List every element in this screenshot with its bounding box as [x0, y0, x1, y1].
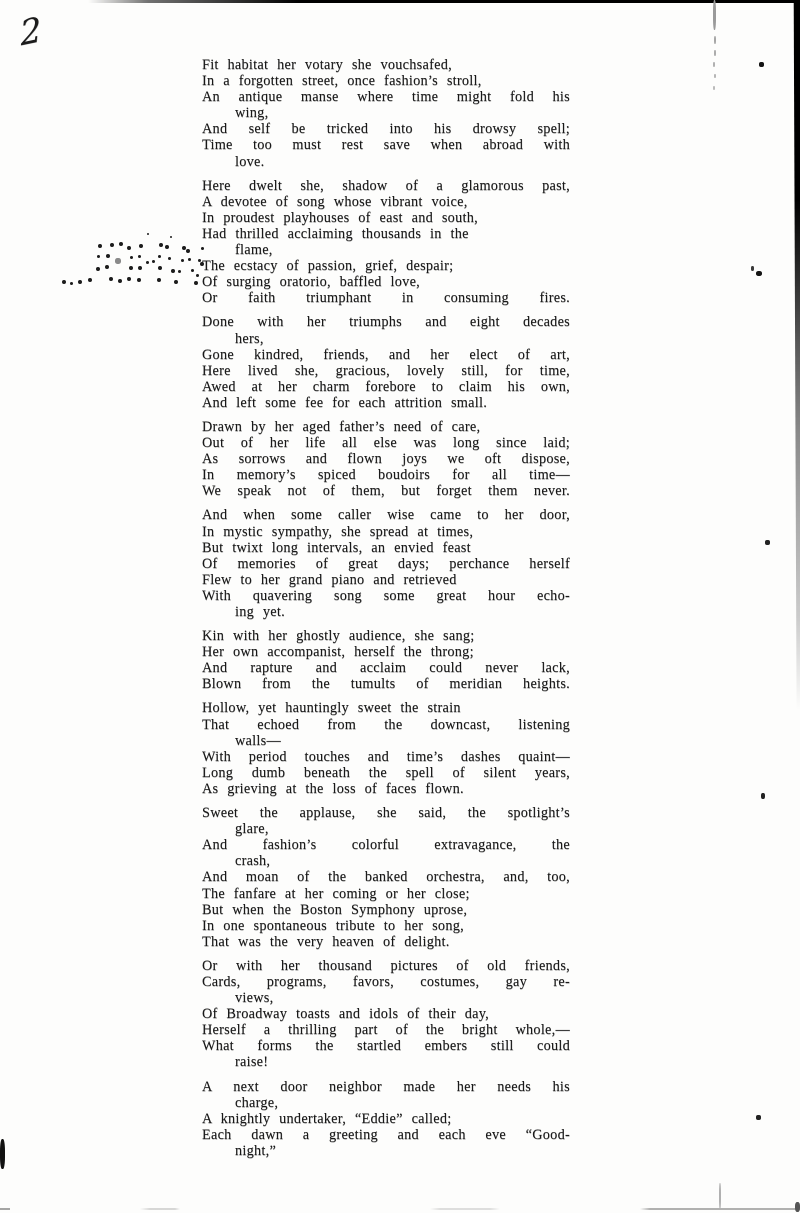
poem-line: Or faith triumphant in consuming fires. — [202, 290, 570, 306]
poem-line: Kin with her ghostly audience, she sang; — [202, 628, 570, 644]
poem-line: views, — [202, 990, 570, 1006]
poem-line: wing, — [202, 105, 570, 121]
poem-line: Or with her thousand pictures of old fri… — [202, 958, 570, 974]
perforation-dot — [97, 255, 100, 258]
poem-line: glare, — [202, 821, 570, 837]
poem-line: A knightly undertaker, “Eddie” called; — [202, 1111, 570, 1127]
poem-line: The ecstacy of passion, grief, despair; — [202, 258, 570, 274]
ink-speck — [713, 62, 715, 67]
poem-line: night,” — [202, 1143, 570, 1159]
perforation-dot — [130, 256, 133, 259]
ink-speck — [714, 74, 716, 78]
poem-line: Of surging oratorio, baffled love, — [202, 274, 570, 290]
perforation-dot — [158, 266, 162, 270]
ink-speck — [765, 540, 770, 545]
ink-speck — [714, 50, 716, 56]
perforation-dot — [119, 242, 123, 246]
poem-line: And self be tricked into his drowsy spel… — [202, 121, 570, 137]
perforation-dot — [138, 266, 142, 270]
poem-line: What forms the startled embers still cou… — [202, 1038, 570, 1054]
handwritten-page-number: 2 — [19, 10, 43, 55]
poem-line: walls— — [202, 733, 570, 749]
poem-line: In a forgotten street, once fashion’s st… — [202, 73, 570, 89]
perforation-dot — [129, 266, 133, 270]
poem-line: The fanfare at her coming or her close; — [202, 886, 570, 902]
stanza: Drawn by her aged father’s need of care,… — [202, 419, 570, 499]
perforation-dot — [78, 280, 82, 284]
poem-line: And moan of the banked orchestra, and, t… — [202, 869, 570, 885]
perforation-dot — [201, 247, 204, 250]
poem-line: In proudest playhouses of east and south… — [202, 210, 570, 226]
poem-line: flame, — [202, 242, 570, 258]
perforation-dot — [158, 255, 161, 258]
poem-line: Awed at her charm forebore to claim his … — [202, 379, 570, 395]
poem-line: As grieving at the loss of faces flown. — [202, 781, 570, 797]
perforation-dot — [178, 270, 181, 273]
perforation-dot — [127, 277, 131, 281]
poem-line: Herself a thrilling part of the bright w… — [202, 1022, 570, 1038]
poem-line: raise! — [202, 1054, 570, 1070]
poem: Fit habitat her votary she vouchsafed,In… — [202, 57, 570, 1167]
perforation-dot — [118, 279, 122, 283]
poem-line: As sorrows and flown joys we oft dispose… — [202, 451, 570, 467]
poem-line: A next door neighbor made her needs his — [202, 1079, 570, 1095]
ink-speck — [756, 271, 762, 276]
poem-line: Each dawn a greeting and each eve “Good- — [202, 1127, 570, 1143]
poem-line: In memory’s spiced boudoirs for all time… — [202, 467, 570, 483]
scan-edge-bottom — [0, 1208, 800, 1210]
ink-speck — [714, 36, 716, 44]
perforation-dot — [188, 258, 191, 261]
scan-edge-top — [88, 0, 800, 3]
perforation-dot — [146, 261, 149, 264]
poem-line: But when the Boston Symphony uprose, — [202, 902, 570, 918]
ink-speck — [795, 1202, 800, 1212]
perforation-dot — [174, 280, 178, 284]
ink-speck — [713, 0, 716, 30]
poem-line: hers, — [202, 331, 570, 347]
perforation-dot — [147, 233, 149, 235]
stanza: Hollow, yet hauntingly sweet the strainT… — [202, 700, 570, 797]
poem-line: Out of her life all else was long since … — [202, 435, 570, 451]
poem-line: Hollow, yet hauntingly sweet the strain — [202, 700, 570, 716]
poem-line: And fashion’s colorful extravagance, the — [202, 837, 570, 853]
stanza: Sweet the applause, she said, the spotli… — [202, 805, 570, 950]
perforation-dot — [165, 245, 169, 249]
poem-line: Blown from the tumults of meridian heigh… — [202, 676, 570, 692]
ink-speck — [713, 86, 715, 90]
ink-speck — [759, 62, 764, 67]
poem-line: Of Broadway toasts and idols of their da… — [202, 1006, 570, 1022]
perforation-dot — [109, 277, 113, 281]
perforation-dot — [181, 259, 184, 262]
perforation-dot — [152, 260, 155, 263]
perforation-dot — [139, 244, 143, 248]
poem-line: With quavering song some great hour echo… — [202, 588, 570, 604]
ink-speck — [115, 258, 121, 264]
poem-line: And when some caller wise came to her do… — [202, 507, 570, 523]
perforation-dot — [170, 236, 172, 238]
poem-line: Here dwelt she, shadow of a glamorous pa… — [202, 178, 570, 194]
stanza: Here dwelt she, shadow of a glamorous pa… — [202, 178, 570, 307]
ink-speck — [719, 1183, 721, 1209]
perforation-dot — [159, 243, 163, 247]
poem-line: Of memories of great days; perchance her… — [202, 556, 570, 572]
scan-edge-right — [791, 0, 800, 710]
perforation-dot — [200, 262, 204, 266]
perforation-dot — [62, 280, 66, 284]
poem-line: Cards, programs, favors, costumes, gay r… — [202, 974, 570, 990]
perforation-dot — [168, 257, 171, 260]
poem-line: Her own accompanist, herself the throng; — [202, 644, 570, 660]
ink-speck — [756, 1115, 761, 1120]
poem-line: crash, — [202, 853, 570, 869]
stanza: A next door neighbor made her needs hisc… — [202, 1079, 570, 1159]
poem-line: We speak not of them, but forget them ne… — [202, 483, 570, 499]
poem-line: Long dumb beneath the spell of silent ye… — [202, 765, 570, 781]
poem-line: love. — [202, 154, 570, 170]
perforation-dot — [110, 243, 114, 247]
poem-line: Fit habitat her votary she vouchsafed, — [202, 57, 570, 73]
scanned-page: 2 Fit habitat her votary she vouchsafed,… — [0, 0, 800, 1213]
poem-line: And rapture and acclaim could never lack… — [202, 660, 570, 676]
perforation-dot — [137, 278, 141, 282]
poem-line: That was the very heaven of delight. — [202, 934, 570, 950]
poem-line: ing yet. — [202, 604, 570, 620]
perforation-dot — [171, 269, 175, 273]
perforation-dot — [196, 274, 199, 277]
poem-line: Gone kindred, friends, and her elect of … — [202, 347, 570, 363]
stanza: Fit habitat her votary she vouchsafed,In… — [202, 57, 570, 170]
perforation-dot — [88, 278, 92, 282]
stanza: Done with her triumphs and eight decades… — [202, 314, 570, 411]
ink-speck — [751, 266, 754, 271]
poem-line: Done with her triumphs and eight decades — [202, 314, 570, 330]
stanza: And when some caller wise came to her do… — [202, 507, 570, 620]
poem-line: charge, — [202, 1095, 570, 1111]
poem-line: With period touches and time’s dashes qu… — [202, 749, 570, 765]
perforation-dot — [194, 281, 198, 285]
perforation-dot — [105, 265, 109, 269]
poem-line: Had thrilled acclaiming thousands in the — [202, 226, 570, 242]
ink-speck — [761, 793, 765, 799]
poem-line: In one spontaneous tribute to her song, — [202, 918, 570, 934]
perforation-dot — [96, 267, 100, 271]
perforation-dot — [127, 246, 131, 250]
poem-line: A devotee of song whose vibrant voice, — [202, 194, 570, 210]
ink-speck — [0, 1139, 5, 1169]
perforation-dot — [98, 244, 102, 248]
perforation-dot — [70, 282, 73, 285]
poem-line: That echoed from the downcast, listening — [202, 717, 570, 733]
perforation-dot — [138, 255, 141, 258]
poem-line: And left some fee for each attrition sma… — [202, 395, 570, 411]
poem-line: Drawn by her aged father’s need of care, — [202, 419, 570, 435]
poem-line: But twixt long intervals, an envied feas… — [202, 540, 570, 556]
perforation-dot — [186, 249, 190, 253]
perforation-dot — [157, 278, 161, 282]
poem-line: Sweet the applause, she said, the spotli… — [202, 805, 570, 821]
poem-line: Here lived she, gracious, lovely still, … — [202, 363, 570, 379]
poem-line: Flew to her grand piano and retrieved — [202, 572, 570, 588]
stanza: Kin with her ghostly audience, she sang;… — [202, 628, 570, 692]
perforation-dot — [191, 269, 194, 272]
stanza: Or with her thousand pictures of old fri… — [202, 958, 570, 1071]
poem-line: An antique manse where time might fold h… — [202, 89, 570, 105]
perforation-dot — [106, 254, 110, 258]
poem-line: In mystic sympathy, she spread at times, — [202, 524, 570, 540]
poem-line: Time too must rest save when abroad with — [202, 137, 570, 153]
